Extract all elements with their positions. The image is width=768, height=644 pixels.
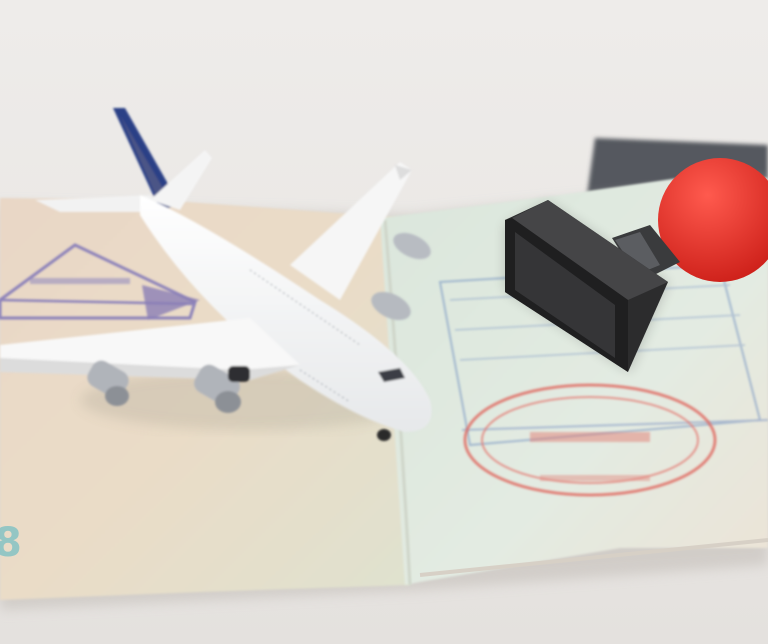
photo-scene: 8 bbox=[0, 0, 768, 644]
page-number: 8 bbox=[0, 520, 22, 566]
photo-illustration: 8 bbox=[0, 0, 768, 644]
